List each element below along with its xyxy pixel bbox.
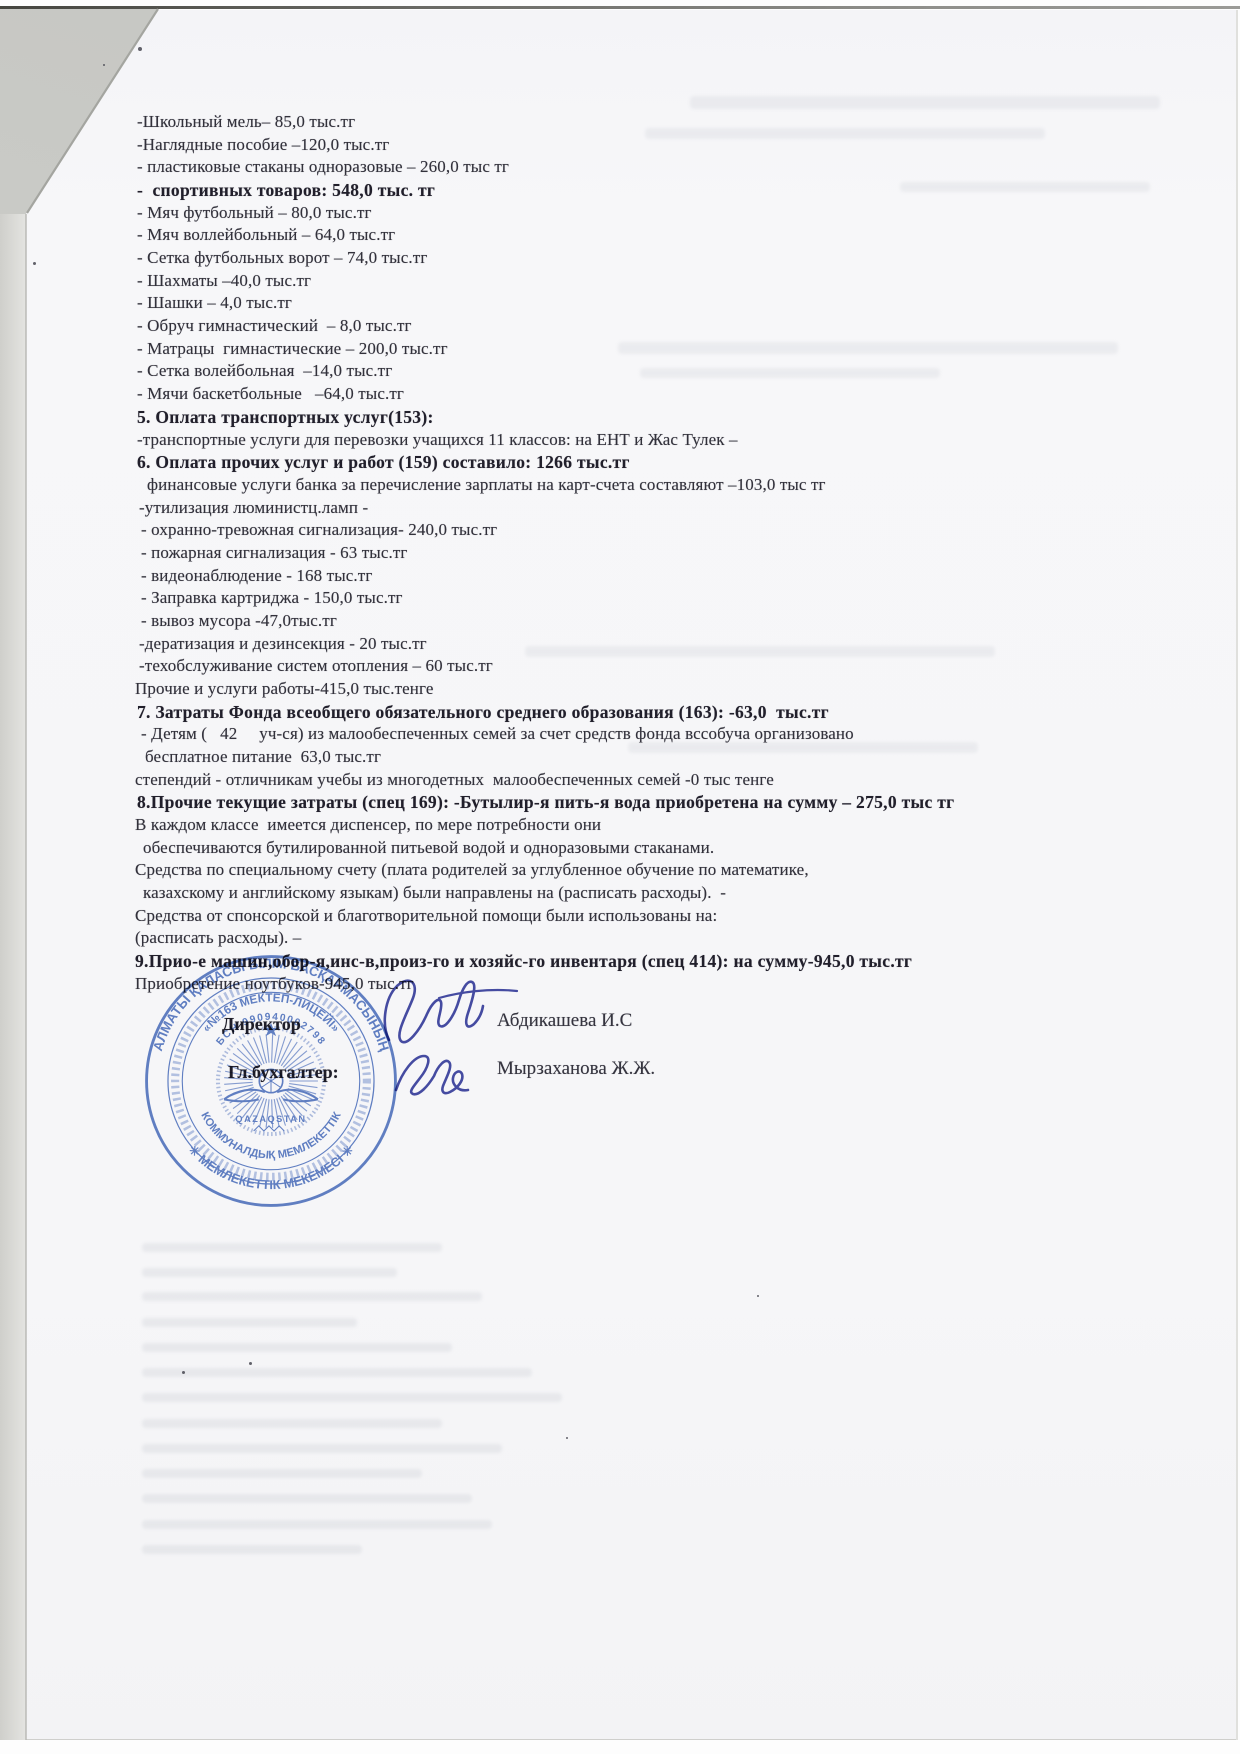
stamp-wing-right: [277, 1090, 318, 1102]
stamp-emblem: QAZAQSTAN: [218, 1023, 324, 1134]
report-body-text: -Школьный мель– 85,0 тыс.тг-Наглядные по…: [0, 0, 1240, 1754]
chief-accountant-signature: [388, 1048, 483, 1100]
report-line: - Мяч футбольный – 80,0 тыс.тг: [137, 203, 372, 223]
scan-speck: [138, 47, 142, 51]
report-line: бесплатное питание 63,0 тыс.тг: [145, 747, 381, 767]
report-line: -Школьный мель– 85,0 тыс.тг: [137, 112, 355, 132]
scan-speck: [103, 64, 105, 66]
report-line: - Шашки – 4,0 тыс.тг: [137, 293, 292, 313]
report-line: - вывоз мусора -47,0тыс.тг: [141, 611, 337, 631]
report-line: -утилизация люминистц.ламп -: [139, 498, 368, 518]
report-line: - охранно-тревожная сигнализация- 240,0 …: [141, 520, 497, 540]
report-line: - Детям ( 42 уч-ся) из малообеспеченных …: [141, 724, 854, 744]
director-signature: [375, 968, 525, 1060]
report-line: - пластиковые стаканы одноразовые – 260,…: [137, 157, 509, 177]
report-line: - спортивных товаров: 548,0 тыс. тг: [137, 180, 435, 201]
report-line: -техобслуживание систем отопления – 60 т…: [139, 656, 493, 676]
report-line: 5. Оплата транспортных услуг(153):: [137, 407, 434, 428]
report-line: -дератизация и дезинсекция - 20 тыс.тг: [139, 634, 427, 654]
report-line: - Сетка волейбольная –14,0 тыс.тг: [137, 361, 392, 381]
report-line: - Мяч воллейбольный – 64,0 тыс.тг: [137, 225, 395, 245]
report-line: - Матрацы гимнастические – 200,0 тыс.тг: [137, 339, 448, 359]
scan-speck: [757, 1295, 759, 1297]
scanned-document-page: -Школьный мель– 85,0 тыс.тг-Наглядные по…: [0, 0, 1240, 1754]
report-line: - Мячи баскетбольные –64,0 тыс.тг: [137, 384, 404, 404]
report-line: 8.Прочие текущие затраты (спец 169): -Бу…: [137, 792, 954, 813]
report-line: степендий - отличникам учебы из многодет…: [135, 770, 774, 790]
report-line: В каждом классе имеется диспенсер, по ме…: [135, 815, 601, 835]
report-line: - пожарная сигнализация - 63 тыс.тг: [141, 543, 408, 563]
stamp-base-ornament: [254, 1126, 285, 1131]
scan-speck: [182, 1371, 185, 1374]
report-line: -транспортные услуги для перевозки учащи…: [137, 430, 738, 450]
report-line: казахскому и английскому языкам) были на…: [143, 883, 726, 903]
stamp-outer-bottom-text: ✳ МЕМЛЕКЕТТІК МЕКЕМЕСІ ✳: [185, 1142, 356, 1192]
report-line: обеспечиваются бутилированной питьевой в…: [143, 838, 714, 858]
report-line: - Сетка футбольных ворот – 74,0 тыс.тг: [137, 248, 427, 268]
report-line: - Обруч гимнастический – 8,0 тыс.тг: [137, 316, 412, 336]
report-line: Средства от спонсорской и благотворитель…: [135, 906, 717, 926]
stamp-emblem-caption: QAZAQSTAN: [235, 1114, 306, 1124]
chief-accountant-name: Мырзаханова Ж.Ж.: [497, 1058, 655, 1080]
report-line: 6. Оплата прочих услуг и работ (159) сос…: [137, 452, 630, 473]
scan-speck: [566, 1437, 568, 1439]
report-line: 7. Затраты Фонда всеобщего обязательного…: [137, 702, 829, 723]
report-line: - Заправка картриджа - 150,0 тыс.тг: [141, 588, 403, 608]
scan-speck: [33, 262, 36, 265]
report-line: Средства по специальному счету (плата ро…: [135, 860, 809, 880]
report-line: -Наглядные пособие –120,0 тыс.тг: [137, 135, 389, 155]
stamp-star-icon: [264, 1023, 278, 1036]
report-line: - Шахматы –40,0 тыс.тг: [137, 271, 311, 291]
scan-speck: [249, 1362, 252, 1365]
report-line: финансовые услуги банка за перечисление …: [147, 475, 826, 495]
report-line: Прочие и услуги работы-415,0 тыс.тенге: [135, 679, 434, 699]
report-line: - видеонаблюдение - 168 тыс.тг: [141, 566, 372, 586]
